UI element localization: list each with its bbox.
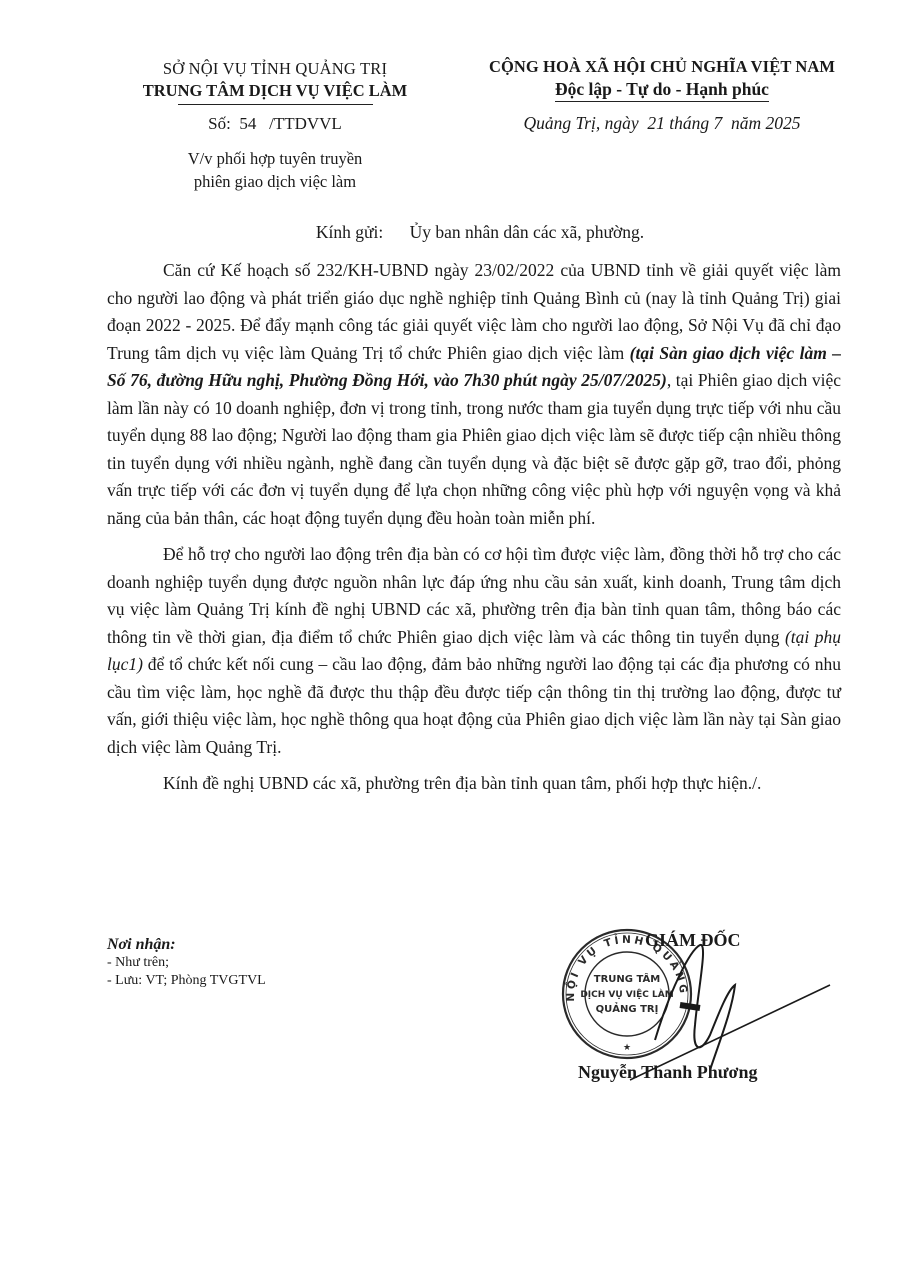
- nation-name: CỘNG HOÀ XÃ HỘI CHỦ NGHĨA VIỆT NAM: [452, 56, 872, 78]
- signer-name: Nguyễn Thanh Phương: [578, 1062, 758, 1083]
- subject-line-1: V/v phối hợp tuyên truyền: [100, 147, 450, 170]
- recipient-label: Kính gửi:: [316, 222, 383, 242]
- recipient-line: Kính gửi: Ủy ban nhân dân các xã, phường…: [100, 222, 860, 243]
- recipient-item: - Như trên;: [107, 954, 266, 972]
- letter-body: Căn cứ Kế hoạch số 232/KH-UBND ngày 23/0…: [107, 257, 841, 807]
- unit-name: TRUNG TÂM DỊCH VỤ VIỆC LÀM: [100, 80, 450, 102]
- header-divider: [178, 104, 373, 105]
- paragraph-3: Kính đề nghị UBND các xã, phường trên đị…: [107, 770, 841, 798]
- subject: V/v phối hợp tuyên truyền phiên giao dịc…: [100, 147, 450, 193]
- national-motto: Độc lập - Tự do - Hạnh phúc: [555, 78, 769, 102]
- paragraph-2-text: Để hỗ trợ cho người lao động trên địa bà…: [107, 544, 841, 647]
- document-number: Số: 54 /TTDVVL: [100, 113, 450, 135]
- subject-line-2: phiên giao dịch việc làm: [100, 170, 450, 193]
- paragraph-2-text-cont: để tổ chức kết nối cung – cầu lao động, …: [107, 654, 841, 757]
- recipients-title: Nơi nhận:: [107, 936, 266, 954]
- recipient-item: - Lưu: VT; Phòng TVGTVL: [107, 972, 266, 990]
- paragraph-1: Căn cứ Kế hoạch số 232/KH-UBND ngày 23/0…: [107, 257, 841, 532]
- paragraph-1-text-cont: , tại Phiên giao dịch việc làm lần này c…: [107, 370, 841, 528]
- issuer-header: SỞ NỘI VỤ TỈNH QUẢNG TRỊ TRUNG TÂM DỊCH …: [100, 58, 450, 193]
- recipient-value: Ủy ban nhân dân các xã, phường.: [410, 222, 645, 242]
- place-date: Quảng Trị, ngày 21 tháng 7 năm 2025: [452, 112, 872, 134]
- national-header: CỘNG HOÀ XÃ HỘI CHỦ NGHĨA VIỆT NAM Độc l…: [452, 56, 872, 134]
- paragraph-2: Để hỗ trợ cho người lao động trên địa bà…: [107, 541, 841, 761]
- recipients-list: Nơi nhận: - Như trên; - Lưu: VT; Phòng T…: [107, 936, 266, 990]
- agency-name: SỞ NỘI VỤ TỈNH QUẢNG TRỊ: [100, 58, 450, 80]
